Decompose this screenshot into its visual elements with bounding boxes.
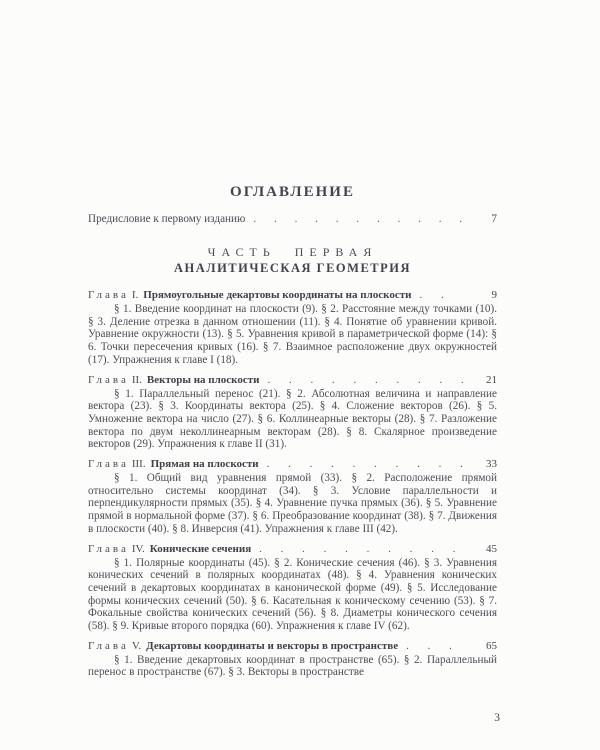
chapter-word: Глава (88, 374, 129, 387)
chapter-title: Декартовы координаты и векторы в простра… (146, 640, 398, 653)
chapter-number: III. (132, 458, 146, 471)
chapter-sections-summary: § 1. Введение координат на плоскости (9)… (88, 303, 497, 367)
chapter-word: Глава (88, 543, 129, 556)
toc-chapter-3: Глава III. Прямая на плоскости . . . . .… (88, 458, 497, 536)
dot-leader: . . . . . . . . . . . . . (245, 213, 475, 226)
chapter-list: Глава I. Прямоугольные декартовы координ… (88, 289, 497, 679)
chapter-number: V. (132, 640, 141, 653)
chapter-sections-summary: § 1. Общий вид уравнения прямой (33). § … (88, 472, 497, 536)
chapter-number: I. (132, 289, 138, 302)
chapter-sections-summary: § 1. Введение декартовых координат в про… (88, 654, 497, 679)
part-heading: АНАЛИТИЧЕСКАЯ ГЕОМЕТРИЯ (88, 261, 497, 275)
page-title: ОГЛАВЛЕНИЕ (88, 184, 497, 201)
chapter-title: Векторы на плоскости (147, 374, 260, 387)
chapter-page-number: 45 (475, 543, 497, 556)
scanned-book-page: ОГЛАВЛЕНИЕ Предисловие к первому изданию… (0, 0, 600, 750)
dot-leader: . . . . . . . . . . (251, 543, 475, 556)
chapter-heading-row: Глава V. Декартовы координаты и векторы … (88, 640, 497, 653)
chapter-sections-summary: § 1. Полярные координаты (45). § 2. Кони… (88, 557, 497, 633)
chapter-page-number: 9 (475, 289, 497, 302)
dot-leader: . . . . . . . . . . (260, 374, 476, 387)
dot-leader: . . (411, 289, 475, 302)
chapter-page-number: 21 (475, 374, 497, 387)
preface-label: Предисловие к первому изданию (88, 213, 245, 226)
chapter-word: Глава (88, 458, 129, 471)
chapter-heading-row: Глава I. Прямоугольные декартовы координ… (88, 289, 497, 302)
chapter-word: Глава (88, 289, 129, 302)
toc-chapter-2: Глава II. Векторы на плоскости . . . . .… (88, 374, 497, 452)
chapter-word: Глава (88, 640, 129, 653)
page-folio-number: 3 (494, 712, 500, 724)
chapter-heading-row: Глава II. Векторы на плоскости . . . . .… (88, 374, 497, 387)
chapter-number: II. (132, 374, 142, 387)
part-kicker: ЧАСТЬ ПЕРВАЯ (88, 246, 497, 259)
toc-chapter-5: Глава V. Декартовы координаты и векторы … (88, 640, 497, 679)
chapter-title: Прямоугольные декартовы координаты на пл… (143, 289, 411, 302)
chapter-heading-row: Глава III. Прямая на плоскости . . . . .… (88, 458, 497, 471)
chapter-page-number: 65 (475, 640, 497, 653)
toc-entry-preface: Предисловие к первому изданию . . . . . … (88, 213, 497, 226)
dot-leader: . . . . . . . . . . (259, 458, 475, 471)
chapter-title: Прямая на плоскости (151, 458, 259, 471)
chapter-title: Конические сечения (150, 543, 251, 556)
chapter-number: IV. (132, 543, 145, 556)
toc-content: ОГЛАВЛЕНИЕ Предисловие к первому изданию… (88, 184, 497, 679)
chapter-sections-summary: § 1. Параллельный перенос (21). § 2. Абс… (88, 388, 497, 452)
chapter-heading-row: Глава IV. Конические сечения . . . . . .… (88, 543, 497, 556)
preface-page-number: 7 (475, 213, 497, 226)
toc-chapter-4: Глава IV. Конические сечения . . . . . .… (88, 543, 497, 633)
toc-chapter-1: Глава I. Прямоугольные декартовы координ… (88, 289, 497, 367)
chapter-page-number: 33 (475, 458, 497, 471)
dot-leader: . . . (398, 640, 475, 653)
